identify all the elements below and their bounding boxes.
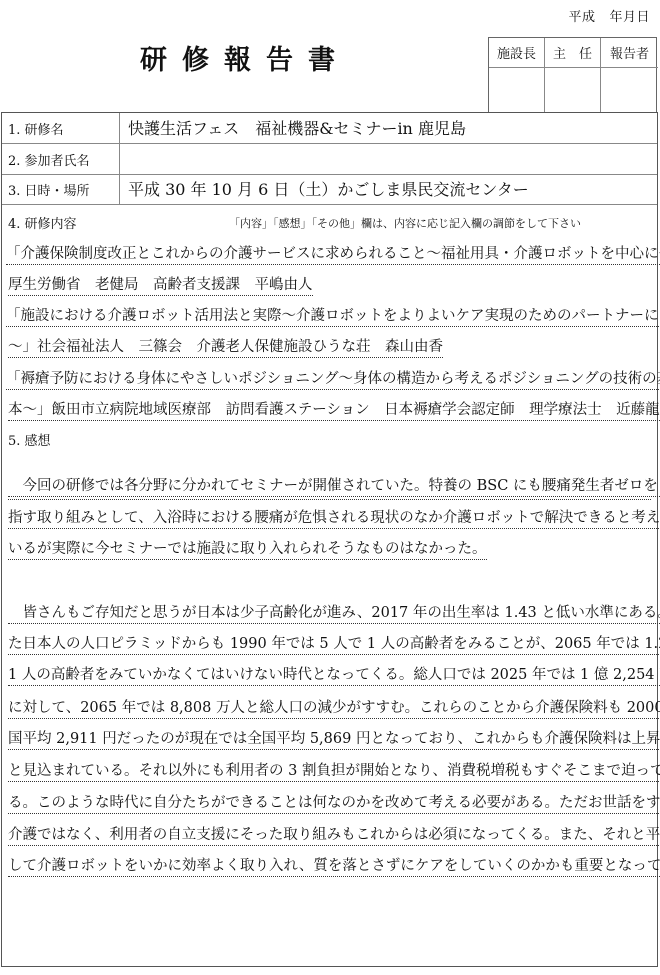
content-line: 「介護保険制度改正とこれからの介護サービスに求められること～福祉用具・介護ロボッ… <box>6 245 660 263</box>
impression-line: た日本人の人口ピラミッドからも 1990 年では 5 人で 1 人の高齢者をみる… <box>8 635 660 653</box>
section-impressions-label: 5. 感想 <box>8 433 51 451</box>
stamp-header-chief: 主 任 <box>545 38 601 68</box>
impression-line: いるが実際に今セミナーでは施設に取り入れられそうなものはなかった。 <box>8 540 487 558</box>
field-label: 3. 日時・場所 <box>2 174 120 204</box>
stamp-cell-facility-director[interactable] <box>489 68 545 113</box>
impression-line: 皆さんもご存知だと思うが日本は少子高齢化が進み、2017 年の出生率は 1.43… <box>8 604 660 622</box>
impression-line: 今回の研修では各分野に分かれてセミナーが開催されていた。特養の BSC にも腰痛… <box>8 477 660 495</box>
impression-line: る。このような時代に自分たちができることは何なのかを改めて考える必要がある。ただ… <box>8 794 660 812</box>
form-row-participant: 2. 参加者氏名 <box>2 144 657 175</box>
section-instruction-note: 「内容」「感想」「その他」欄は、内容に応じ記入欄の調節をして下さい <box>229 215 581 231</box>
section-training-content-label: 4. 研修内容 <box>8 213 77 232</box>
content-line: 「施設における介護ロボット活用法と実際～介護ロボットをよりよいケア実現のためのパ… <box>6 307 659 325</box>
date-era: 平成 <box>568 10 595 25</box>
content-line: ～」社会福祉法人 三篠会 介護老人保健施設ひうな荘 森山由香 <box>8 338 443 356</box>
stamp-cell-chief[interactable] <box>545 68 601 113</box>
impression-line: して介護ロボットをいかに効率よく取り入れ、質を落とさずにケアをしていくのかかも重… <box>8 857 660 875</box>
training-name-field[interactable]: 快護生活フェス 福祉機器&セミナーin 鹿児島 <box>120 113 657 143</box>
report-form: 1. 研修名 快護生活フェス 福祉機器&セミナーin 鹿児島 2. 参加者氏名 … <box>1 112 658 967</box>
content-line: 本～」飯田市立病院地域医療部 訪問看護ステーション 日本褥瘡学会認定師 理学療法… <box>8 401 660 419</box>
content-line: 「褥瘡予防における身体にやさしいポジショニング～身体の構造から考えるポジショニン… <box>6 370 660 388</box>
datetime-place-field[interactable]: 平成 30 年 10 月 6 日（土）かごしま県民交流センター <box>120 174 657 204</box>
stamp-header-reporter: 報告者 <box>601 38 658 68</box>
impression-line: 1 人の高齢者をみていかなくてはいけない時代となってくる。総人口では 2025 … <box>8 666 660 684</box>
form-row-datetime-place: 3. 日時・場所 平成 30 年 10 月 6 日（土）かごしま県民交流センター <box>2 174 657 205</box>
date-fields: 年月日 <box>609 10 650 25</box>
report-date: 平成年月日 <box>554 6 650 25</box>
participant-name-field[interactable] <box>120 144 657 174</box>
stamp-header-facility-director: 施設長 <box>489 38 545 68</box>
impression-line: 指す取り組みとして、入浴時における腰痛が危惧される現状のなか介護ロボットで解決で… <box>8 509 660 527</box>
impression-line: 介護ではなく、利用者の自立支援にそった取り組みもこれからは必須になってくる。また… <box>8 826 660 844</box>
dotted-rule <box>8 499 651 500</box>
field-label: 1. 研修名 <box>2 113 120 143</box>
impression-line: 国平均 2,911 円だったのが現在では全国平均 5,869 円となっており、こ… <box>8 730 660 748</box>
form-row-training-name: 1. 研修名 快護生活フェス 福祉機器&セミナーin 鹿児島 <box>2 113 657 144</box>
impression-line: に対して、2065 年では 8,808 万人と総人口の減少がすすむ。これらのこと… <box>8 699 660 717</box>
approval-stamp-box: 施設長 主 任 報告者 <box>488 37 657 112</box>
stamp-cell-reporter[interactable] <box>601 68 658 113</box>
field-label: 2. 参加者氏名 <box>2 144 120 174</box>
impression-line: と見込まれている。それ以外にも利用者の 3 割負担が開始となり、消費税増税もすぐ… <box>8 762 660 780</box>
page-title: 研修報告書 <box>140 38 350 77</box>
content-line: 厚生労働省 老健局 高齢者支援課 平嶋由人 <box>8 276 313 294</box>
